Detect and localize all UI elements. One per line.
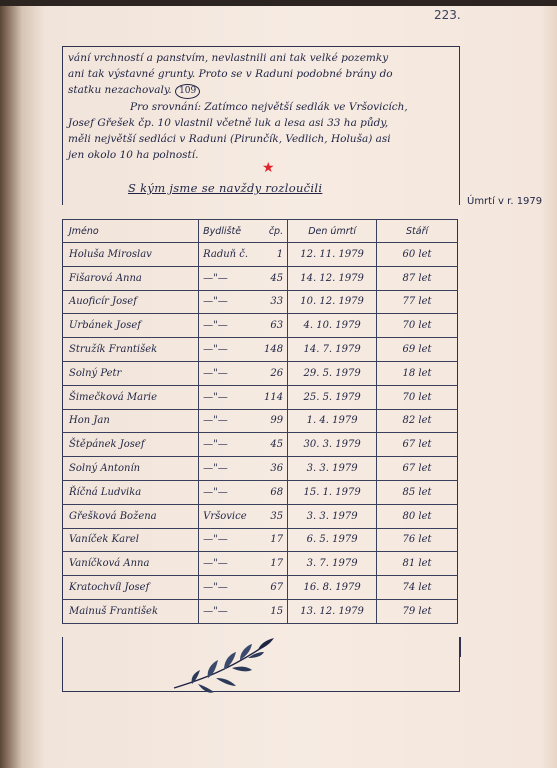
cell-house-no: 63 [270, 320, 283, 331]
cell-age: 18 let [377, 361, 458, 385]
cell-death-date: 14. 12. 1979 [288, 266, 377, 290]
table-row: Vaníčková Anna—"—173. 7. 197981 let [63, 552, 458, 576]
table-row: Šimečková Marie—"—11425. 5. 197970 let [63, 385, 458, 409]
header-age: Stáří [377, 220, 458, 243]
cell-age: 79 let [377, 599, 458, 623]
cell-name: Fišarová Anna [63, 266, 199, 290]
cell-residence-place: Vršovice [203, 511, 247, 522]
cell-residence: —"—45 [199, 266, 288, 290]
cell-name: Kratochvíl Josef [63, 576, 199, 600]
cell-residence: —"—68 [199, 480, 288, 504]
cell-death-date: 30. 3. 1979 [288, 433, 377, 457]
cell-death-date: 14. 7. 1979 [288, 338, 377, 362]
cell-name: Šimečková Marie [63, 385, 199, 409]
comparison-line-1: Pro srovnání: Zatímco největší sedlák ve… [130, 99, 408, 116]
cell-name: Stružík František [63, 338, 199, 362]
table-row: Říčná Ludvika—"—6815. 1. 197985 let [63, 480, 458, 504]
table-row: Vaníček Karel—"—176. 5. 197976 let [63, 528, 458, 552]
cell-house-no: 35 [270, 511, 283, 522]
cell-house-no: 15 [270, 606, 283, 617]
cell-house-no: 114 [264, 392, 283, 403]
cell-age: 80 let [377, 504, 458, 528]
cell-residence: Vršovice35 [199, 504, 288, 528]
cell-age: 76 let [377, 528, 458, 552]
table-body: Holuša MiroslavRaduň č.112. 11. 197960 l… [63, 243, 458, 624]
cell-residence-place: —"— [203, 582, 228, 593]
cell-residence: —"—99 [199, 409, 288, 433]
cell-residence-place: —"— [203, 439, 228, 450]
cell-name: Solný Petr [63, 361, 199, 385]
cell-death-date: 25. 5. 1979 [288, 385, 377, 409]
frame-right-edge [459, 637, 461, 657]
cell-death-date: 6. 5. 1979 [288, 528, 377, 552]
cell-name: Mainuš František [63, 599, 199, 623]
table-row: Fišarová Anna—"—4514. 12. 197987 let [63, 266, 458, 290]
cell-house-no: 17 [270, 558, 283, 569]
table-row: Solný Petr—"—2629. 5. 197918 let [63, 361, 458, 385]
cell-age: 85 let [377, 480, 458, 504]
cell-name: Vaníček Karel [63, 528, 199, 552]
cell-house-no: 99 [270, 415, 283, 426]
cell-residence-place: —"— [203, 392, 228, 403]
cell-residence-place: —"— [203, 606, 228, 617]
cell-residence-place: —"— [203, 558, 228, 569]
cell-name: Gřešková Božena [63, 504, 199, 528]
comparison-line-3: měli největší sedláci v Raduni (Pirunčík… [68, 131, 391, 148]
cell-death-date: 29. 5. 1979 [288, 361, 377, 385]
cell-house-no: 1 [277, 249, 283, 260]
cell-death-date: 13. 12. 1979 [288, 599, 377, 623]
comparison-line-4: jen okolo 10 ha polností. [68, 147, 198, 164]
header-residence: Bydliště čp. [199, 220, 288, 243]
cell-residence: —"—36 [199, 457, 288, 481]
cell-house-no: 36 [270, 463, 283, 474]
cell-death-date: 10. 12. 1979 [288, 290, 377, 314]
scanned-page: 223. vání vrchností a panstvím, nevlastn… [0, 0, 557, 768]
cell-name: Vaníčková Anna [63, 552, 199, 576]
table-row: Solný Antonín—"—363. 3. 197967 let [63, 457, 458, 481]
cell-house-no: 45 [270, 273, 283, 284]
cell-residence: —"—148 [199, 338, 288, 362]
cell-name: Urbánek Josef [63, 314, 199, 338]
cell-death-date: 12. 11. 1979 [288, 243, 377, 267]
cell-age: 67 let [377, 433, 458, 457]
cell-house-no: 26 [270, 368, 283, 379]
cell-age: 69 let [377, 338, 458, 362]
cell-house-no: 45 [270, 439, 283, 450]
table-row: Kratochvíl Josef—"—6716. 8. 197974 let [63, 576, 458, 600]
table-row: Mainuš František—"—1513. 12. 197979 let [63, 599, 458, 623]
page-top-shadow [0, 0, 557, 6]
paragraph-line-3: statku nezachovaly. 109 [68, 82, 200, 99]
cell-name: Štěpánek Josef [63, 433, 199, 457]
cell-age: 70 let [377, 385, 458, 409]
table-row: Holuša MiroslavRaduň č.112. 11. 197960 l… [63, 243, 458, 267]
cell-residence: —"—17 [199, 552, 288, 576]
cell-house-no: 67 [270, 582, 283, 593]
table-row: Auoficír Josef—"—3310. 12. 197977 let [63, 290, 458, 314]
cell-residence-place: —"— [203, 344, 228, 355]
paragraph-line-2: ani tak výstavné grunty. Proto se v Radu… [68, 66, 393, 83]
cell-death-date: 1. 4. 1979 [288, 409, 377, 433]
cell-residence: —"—63 [199, 314, 288, 338]
cell-age: 82 let [377, 409, 458, 433]
cell-residence-place: —"— [203, 368, 228, 379]
cell-residence: —"—67 [199, 576, 288, 600]
table-row: Gřešková BoženaVršovice353. 3. 197980 le… [63, 504, 458, 528]
cell-death-date: 3. 7. 1979 [288, 552, 377, 576]
cell-age: 77 let [377, 290, 458, 314]
table-header-row: Jméno Bydliště čp. Den úmrtí Stáří [63, 220, 458, 243]
footnote-reference: 109 [175, 84, 200, 99]
cell-name: Solný Antonín [63, 457, 199, 481]
cell-residence-place: —"— [203, 273, 228, 284]
cell-name: Hon Jan [63, 409, 199, 433]
cell-death-date: 4. 10. 1979 [288, 314, 377, 338]
cell-residence-place: —"— [203, 415, 228, 426]
cell-age: 60 let [377, 243, 458, 267]
table-row: Hon Jan—"—991. 4. 197982 let [63, 409, 458, 433]
table-row: Stružík František—"—14814. 7. 197969 let [63, 338, 458, 362]
cell-death-date: 3. 3. 1979 [288, 457, 377, 481]
cell-death-date: 16. 8. 1979 [288, 576, 377, 600]
header-residence-label: Bydliště [203, 226, 241, 237]
deaths-table: Jméno Bydliště čp. Den úmrtí Stáří Holuš… [62, 219, 458, 624]
header-house-no-label: čp. [269, 226, 283, 237]
red-star-icon: ★ [262, 160, 275, 176]
section-heading: S kým jsme se navždy rozloučili [128, 181, 322, 195]
cell-house-no: 17 [270, 534, 283, 545]
cell-residence: —"—17 [199, 528, 288, 552]
page-number: 223. [434, 8, 461, 22]
cell-residence-place: —"— [203, 296, 228, 307]
cell-residence-place: —"— [203, 487, 228, 498]
comparison-line-2: Josef Gřešek čp. 10 vlastnil včetně luk … [68, 115, 388, 132]
cell-age: 70 let [377, 314, 458, 338]
cell-name: Auoficír Josef [63, 290, 199, 314]
cell-residence-place: —"— [203, 534, 228, 545]
margin-note: Úmrtí v r. 1979 [467, 196, 542, 207]
paragraph-line-1: vání vrchností a panstvím, nevlastnili a… [68, 50, 388, 67]
table-row: Urbánek Josef—"—634. 10. 197970 let [63, 314, 458, 338]
cell-age: 67 let [377, 457, 458, 481]
header-death-date: Den úmrtí [288, 220, 377, 243]
cell-residence: —"—15 [199, 599, 288, 623]
cell-residence: Raduň č.1 [199, 243, 288, 267]
cell-house-no: 68 [270, 487, 283, 498]
cell-name: Říčná Ludvika [63, 480, 199, 504]
header-name: Jméno [63, 220, 199, 243]
cell-age: 81 let [377, 552, 458, 576]
cell-house-no: 148 [264, 344, 283, 355]
cell-age: 87 let [377, 266, 458, 290]
cell-residence: —"—33 [199, 290, 288, 314]
cell-house-no: 33 [270, 296, 283, 307]
cell-name: Holuša Miroslav [63, 243, 199, 267]
cell-residence-place: Raduň č. [203, 249, 248, 260]
cell-age: 74 let [377, 576, 458, 600]
cell-residence: —"—26 [199, 361, 288, 385]
cell-residence-place: —"— [203, 320, 228, 331]
frame-left-edge [62, 637, 64, 657]
cell-death-date: 15. 1. 1979 [288, 480, 377, 504]
table-row: Štěpánek Josef—"—4530. 3. 197967 let [63, 433, 458, 457]
cell-death-date: 3. 3. 1979 [288, 504, 377, 528]
cell-residence-place: —"— [203, 463, 228, 474]
paragraph-line-3-text: statku nezachovaly. [68, 84, 172, 96]
laurel-branch-icon [170, 636, 290, 696]
cell-residence: —"—45 [199, 433, 288, 457]
cell-residence: —"—114 [199, 385, 288, 409]
